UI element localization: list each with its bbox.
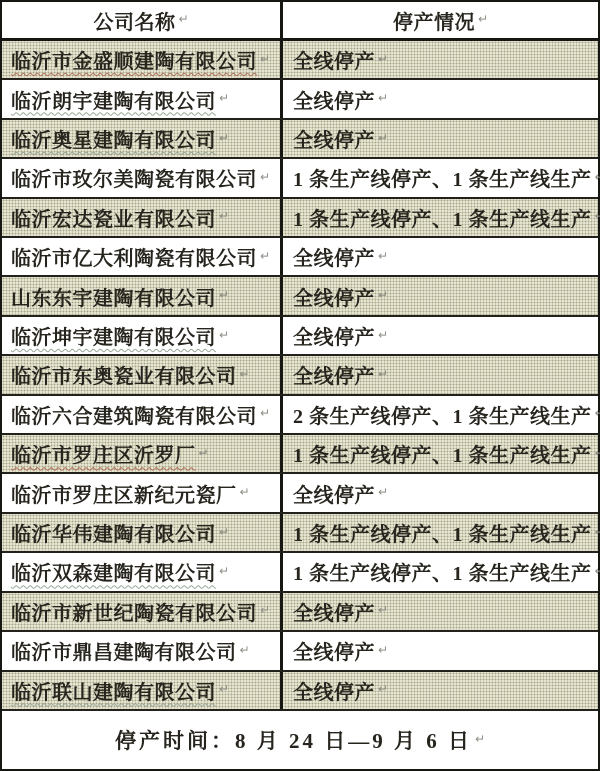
company-name-text: 临沂坤宇建陶有限公司 [11,321,216,350]
company-cell: 临沂市罗庄区新纪元瓷厂 ↵ [2,474,283,511]
header-company-label: 公司名称 [93,6,175,35]
table-row: 山东东宇建陶有限公司 ↵ 全线停产 ↵ [2,277,598,316]
status-cell: 全线停产 ↵ [283,317,598,354]
status-cell: 全线停产 ↵ [283,672,598,709]
table-row: 临沂朗宇建陶有限公司 ↵ 全线停产 ↵ [2,80,598,119]
paragraph-mark-icon: ↵ [475,732,485,746]
paragraph-mark-icon: ↵ [378,643,388,657]
halt-status-text: 全线停产 [293,85,375,114]
halt-status-text: 1 条生产线停产、1 条生产线生产 [293,518,592,547]
paragraph-mark-icon: ↵ [378,603,388,617]
paragraph-mark-icon: ↵ [595,525,600,539]
halt-status-text: 全线停产 [293,124,375,153]
company-name-text: 临沂市罗庄区沂罗厂 [11,439,196,468]
halt-status-text: 全线停产 [293,321,375,350]
company-cell: 临沂市新世纪陶瓷有限公司 ↵ [2,593,283,630]
table-row: 临沂华伟建陶有限公司 ↵ 1 条生产线停产、1 条生产线生产 ↵ [2,514,598,553]
status-cell: 全线停产 ↵ [283,593,598,630]
company-cell: 临沂六合建筑陶瓷有限公司 ↵ [2,396,283,433]
company-name-text: 临沂双森建陶有限公司 [11,557,216,586]
paragraph-mark-icon: ↵ [178,12,188,26]
company-name-text: 临沂联山建陶有限公司 [11,676,216,705]
halt-status-text: 全线停产 [293,282,375,311]
company-cell: 临沂华伟建陶有限公司 ↵ [2,514,283,551]
paragraph-mark-icon: ↵ [378,328,388,342]
company-cell: 临沂奥星建陶有限公司 ↵ [2,120,283,157]
halt-status-text: 全线停产 [293,242,375,271]
company-name-text: 山东东宇建陶有限公司 [11,282,216,311]
paragraph-mark-icon: ↵ [240,643,250,657]
halt-status-text: 全线停产 [293,360,375,389]
table-row: 临沂六合建筑陶瓷有限公司 ↵ 2 条生产线停产、1 条生产线生产 ↵ [2,396,598,435]
company-cell: 临沂市玫尔美陶瓷有限公司 ↵ [2,159,283,196]
table-row: 临沂市玫尔美陶瓷有限公司 ↵ 1 条生产线停产、1 条生产线生产 ↵ [2,159,598,198]
company-name-text: 临沂市鼎昌建陶有限公司 [11,636,237,665]
paragraph-mark-icon: ↵ [378,367,388,381]
halt-status-text: 1 条生产线停产、1 条生产线生产 [293,203,592,232]
company-name-text: 临沂市亿大利陶瓷有限公司 [11,242,257,271]
paragraph-mark-icon: ↵ [240,367,250,381]
status-cell: 全线停产 ↵ [283,120,598,157]
footer-halt-period-text: 停产时间：8 月 24 日—9 月 6 日 [115,725,472,755]
table-row: 临沂宏达瓷业有限公司 ↵ 1 条生产线停产、1 条生产线生产 ↵ [2,199,598,238]
table-row: 临沂市鼎昌建陶有限公司 ↵ 全线停产 ↵ [2,632,598,671]
paragraph-mark-icon: ↵ [595,170,600,184]
table-footer: 停产时间：8 月 24 日—9 月 6 日 ↵ [2,711,598,769]
company-cell: 山东东宇建陶有限公司 ↵ [2,277,283,314]
paragraph-mark-icon: ↵ [199,446,209,460]
halt-status-text: 全线停产 [293,676,375,705]
halt-status-text: 全线停产 [293,479,375,508]
paragraph-mark-icon: ↵ [219,131,229,145]
status-cell: 全线停产 ↵ [283,474,598,511]
company-name-text: 临沂奥星建陶有限公司 [11,124,216,153]
table-row: 临沂联山建陶有限公司 ↵ 全线停产 ↵ [2,672,598,711]
company-cell: 临沂宏达瓷业有限公司 ↵ [2,199,283,236]
table-row: 临沂市亿大利陶瓷有限公司 ↵ 全线停产 ↵ [2,238,598,277]
paragraph-mark-icon: ↵ [595,209,600,223]
table-row: 临沂市金盛顺建陶有限公司 ↵ 全线停产 ↵ [2,41,598,80]
company-name-text: 临沂六合建筑陶瓷有限公司 [11,400,257,429]
company-cell: 临沂坤宇建陶有限公司 ↵ [2,317,283,354]
paragraph-mark-icon: ↵ [260,406,270,420]
paragraph-mark-icon: ↵ [219,564,229,578]
paragraph-mark-icon: ↵ [260,249,270,263]
status-cell: 1 条生产线停产、1 条生产线生产 ↵ [283,514,600,551]
paragraph-mark-icon: ↵ [478,12,488,26]
company-name-text: 临沂市金盛顺建陶有限公司 [11,45,257,74]
paragraph-mark-icon: ↵ [378,682,388,696]
company-name-text: 临沂朗宇建陶有限公司 [11,85,216,114]
halt-status-text: 全线停产 [293,45,375,74]
paragraph-mark-icon: ↵ [260,52,270,66]
status-cell: 1 条生产线停产、1 条生产线生产 ↵ [283,553,600,590]
halt-status-text: 1 条生产线停产、1 条生产线生产 [293,439,592,468]
header-status-label: 停产情况 [393,6,475,35]
paragraph-mark-icon: ↵ [240,485,250,499]
paragraph-mark-icon: ↵ [260,603,270,617]
paragraph-mark-icon: ↵ [378,52,388,66]
status-cell: 2 条生产线停产、1 条生产线生产 ↵ [283,396,600,433]
status-cell: 全线停产 ↵ [283,277,598,314]
paragraph-mark-icon: ↵ [378,131,388,145]
paragraph-mark-icon: ↵ [219,91,229,105]
paragraph-mark-icon: ↵ [260,170,270,184]
table-row: 临沂坤宇建陶有限公司 ↵ 全线停产 ↵ [2,317,598,356]
paragraph-mark-icon: ↵ [595,564,600,578]
company-name-text: 临沂华伟建陶有限公司 [11,518,216,547]
paragraph-mark-icon: ↵ [219,209,229,223]
company-cell: 临沂市东奥瓷业有限公司 ↵ [2,356,283,393]
company-cell: 临沂朗宇建陶有限公司 ↵ [2,80,283,117]
paragraph-mark-icon: ↵ [219,525,229,539]
halt-status-text: 2 条生产线停产、1 条生产线生产 [293,400,592,429]
table-row: 临沂市东奥瓷业有限公司 ↵ 全线停产 ↵ [2,356,598,395]
table-row: 临沂市罗庄区沂罗厂 ↵ 1 条生产线停产、1 条生产线生产 ↵ [2,435,598,474]
status-cell: 全线停产 ↵ [283,632,598,669]
paragraph-mark-icon: ↵ [219,682,229,696]
paragraph-mark-icon: ↵ [219,288,229,302]
production-halt-table-page: 公司名称 ↵ 停产情况 ↵ 临沂市金盛顺建陶有限公司 ↵ 全线停产 ↵ 临沂朗宇… [0,0,600,771]
paragraph-mark-icon: ↵ [378,288,388,302]
halt-status-text: 1 条生产线停产、1 条生产线生产 [293,557,592,586]
status-cell: 全线停产 ↵ [283,356,598,393]
table-header-row: 公司名称 ↵ 停产情况 ↵ [2,2,598,41]
status-cell: 全线停产 ↵ [283,41,598,78]
status-cell: 1 条生产线停产、1 条生产线生产 ↵ [283,199,600,236]
company-cell: 临沂联山建陶有限公司 ↵ [2,672,283,709]
halt-status-text: 全线停产 [293,636,375,665]
table-row: 临沂奥星建陶有限公司 ↵ 全线停产 ↵ [2,120,598,159]
halt-status-text: 1 条生产线停产、1 条生产线生产 [293,163,592,192]
status-cell: 全线停产 ↵ [283,80,598,117]
company-name-text: 临沂市罗庄区新纪元瓷厂 [11,479,237,508]
company-cell: 临沂市罗庄区沂罗厂 ↵ [2,435,283,472]
header-cell-company: 公司名称 ↵ [2,2,283,38]
paragraph-mark-icon: ↵ [378,249,388,263]
company-name-text: 临沂市玫尔美陶瓷有限公司 [11,163,257,192]
paragraph-mark-icon: ↵ [595,406,600,420]
table-row: 临沂双森建陶有限公司 ↵ 1 条生产线停产、1 条生产线生产 ↵ [2,553,598,592]
table-body: 临沂市金盛顺建陶有限公司 ↵ 全线停产 ↵ 临沂朗宇建陶有限公司 ↵ 全线停产 … [2,41,598,711]
company-cell: 临沂双森建陶有限公司 ↵ [2,553,283,590]
table-row: 临沂市罗庄区新纪元瓷厂 ↵ 全线停产 ↵ [2,474,598,513]
status-cell: 1 条生产线停产、1 条生产线生产 ↵ [283,435,600,472]
company-cell: 临沂市鼎昌建陶有限公司 ↵ [2,632,283,669]
status-cell: 1 条生产线停产、1 条生产线生产 ↵ [283,159,600,196]
table-row: 临沂市新世纪陶瓷有限公司 ↵ 全线停产 ↵ [2,593,598,632]
company-cell: 临沂市亿大利陶瓷有限公司 ↵ [2,238,283,275]
paragraph-mark-icon: ↵ [595,446,600,460]
header-cell-status: 停产情况 ↵ [283,2,598,38]
company-name-text: 临沂市东奥瓷业有限公司 [11,360,237,389]
production-halt-table: 公司名称 ↵ 停产情况 ↵ 临沂市金盛顺建陶有限公司 ↵ 全线停产 ↵ 临沂朗宇… [0,0,600,771]
company-cell: 临沂市金盛顺建陶有限公司 ↵ [2,41,283,78]
paragraph-mark-icon: ↵ [378,485,388,499]
status-cell: 全线停产 ↵ [283,238,598,275]
halt-status-text: 全线停产 [293,597,375,626]
company-name-text: 临沂宏达瓷业有限公司 [11,203,216,232]
paragraph-mark-icon: ↵ [219,328,229,342]
paragraph-mark-icon: ↵ [378,91,388,105]
company-name-text: 临沂市新世纪陶瓷有限公司 [11,597,257,626]
